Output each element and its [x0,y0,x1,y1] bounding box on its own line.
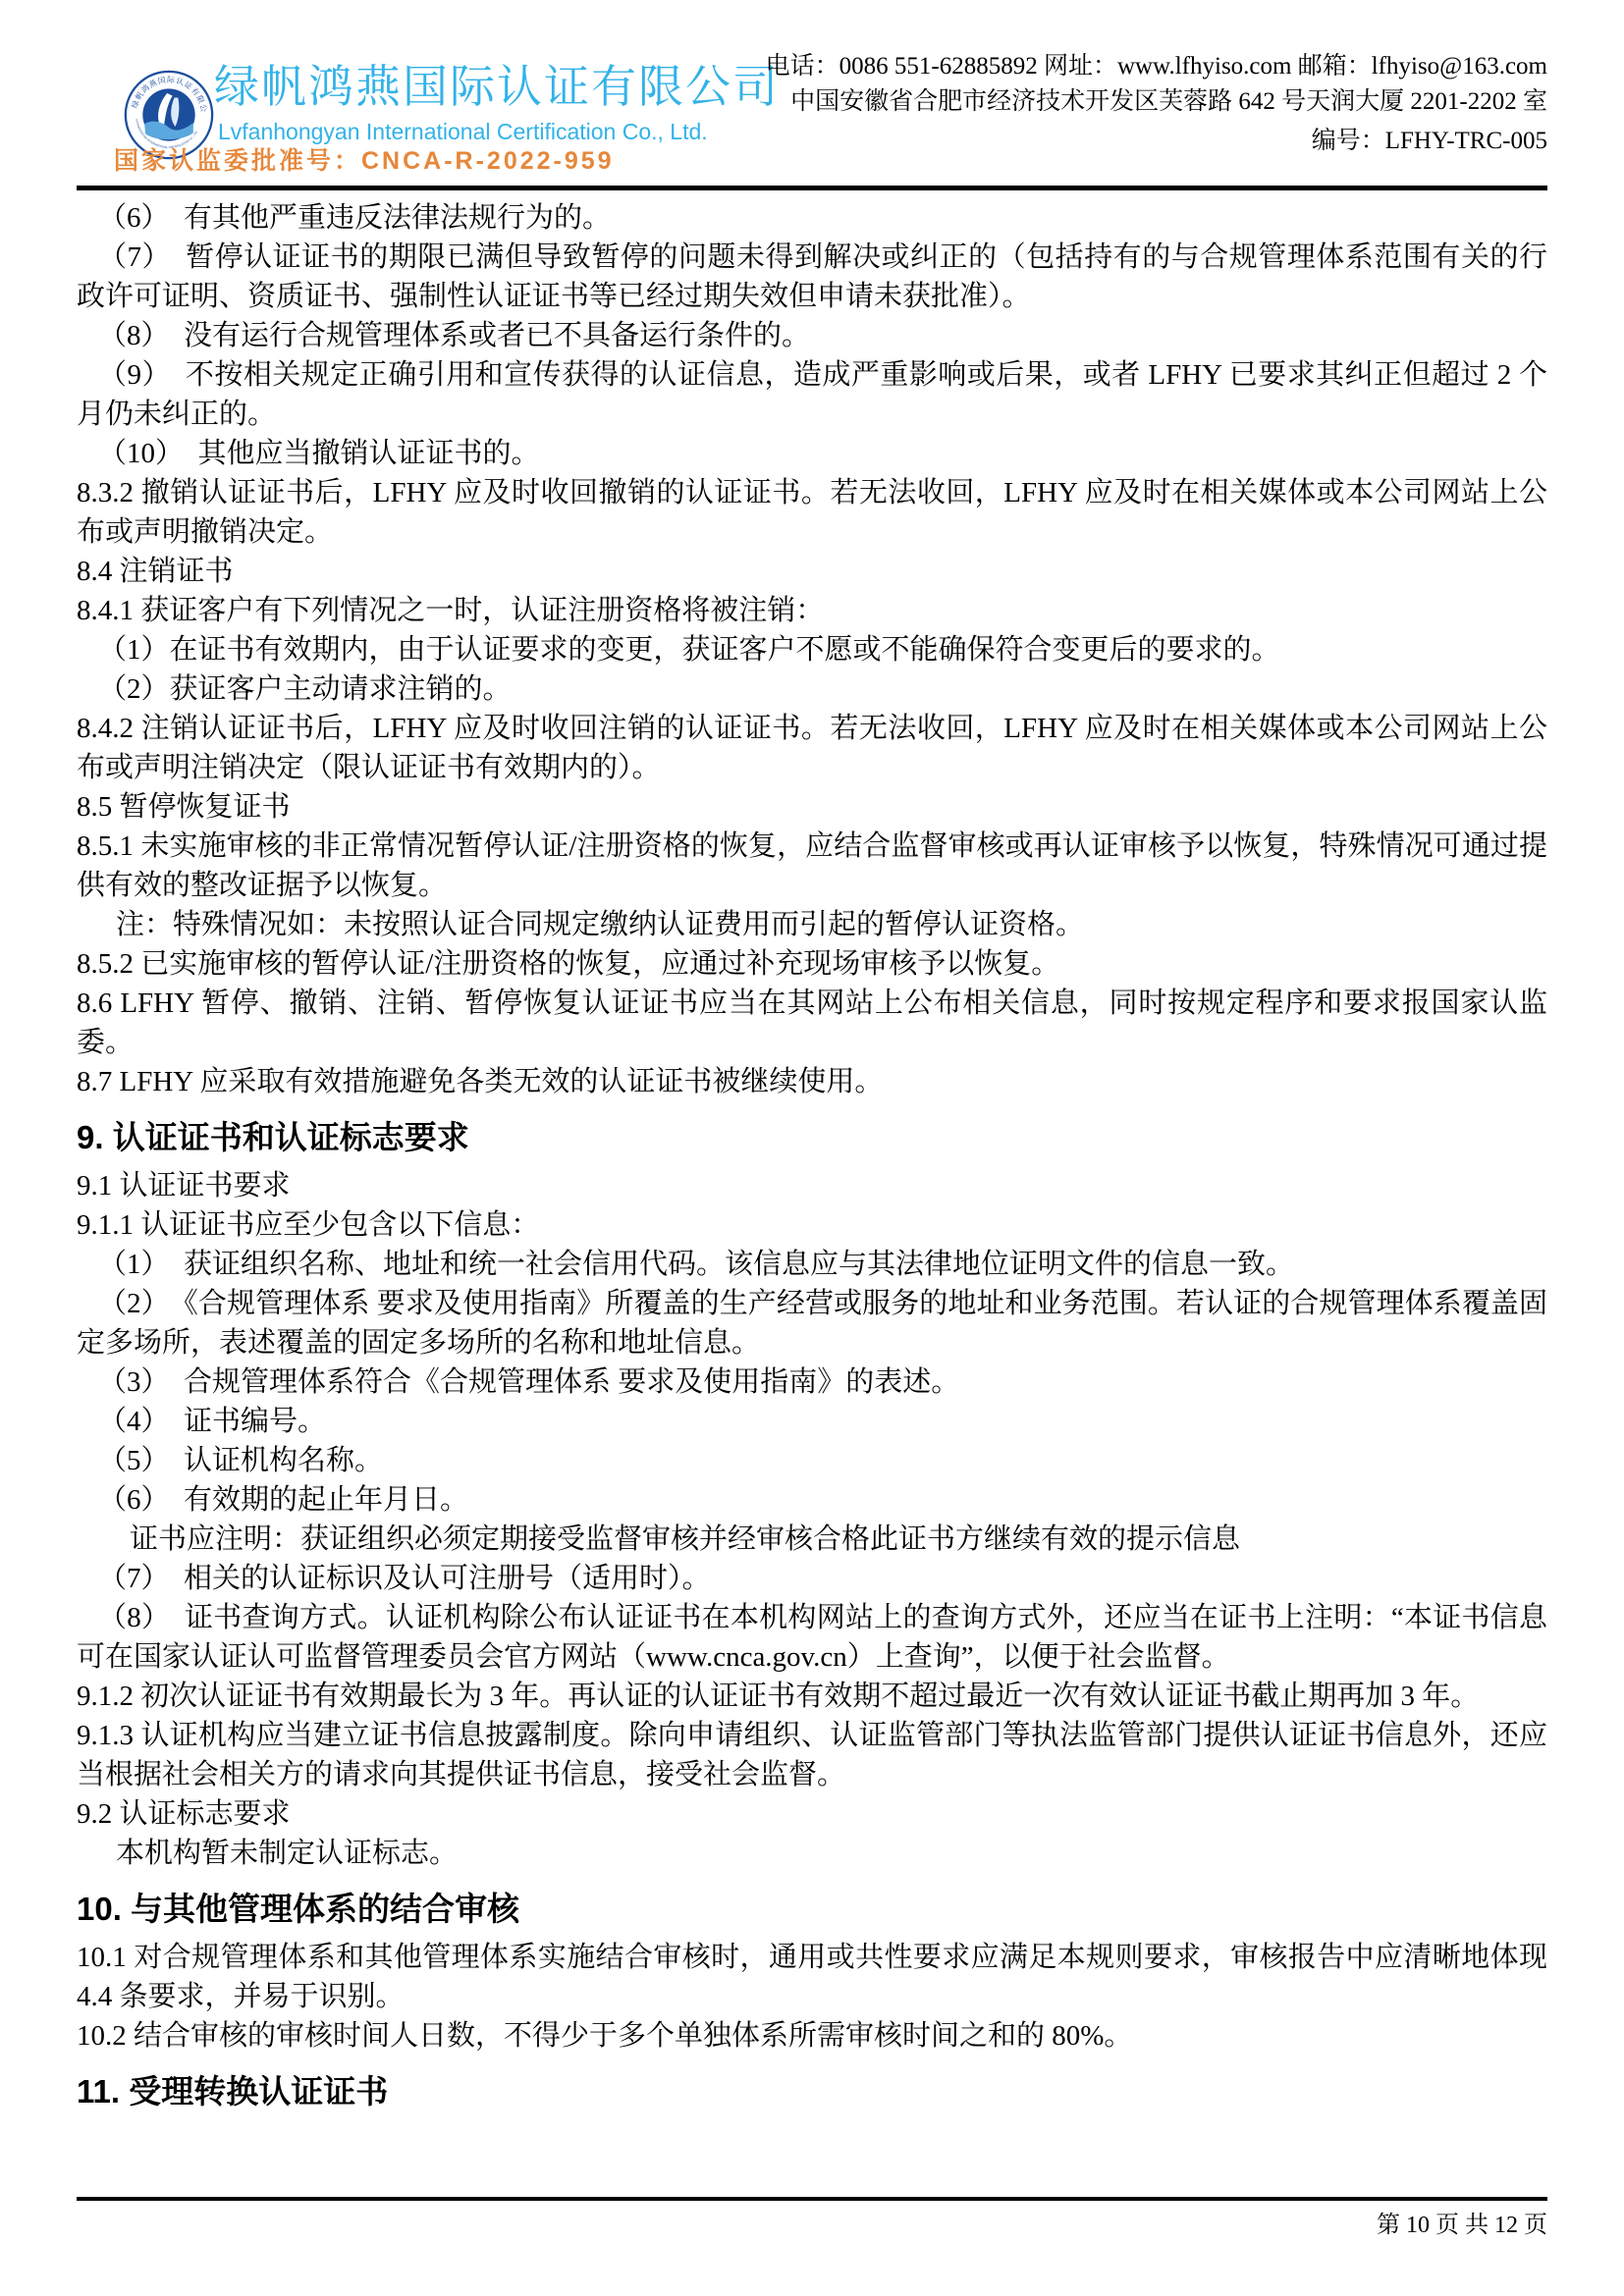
paragraph: 证书应注明：获证组织必须定期接受监督审核并经审核合格此证书方继续有效的提示信息 [77,1520,1547,1559]
paragraph: （7） 暂停认证证书的期限已满但导致暂停的问题未得到解决或纠正的（包括持有的与合… [77,238,1547,316]
paragraph: （1）在证书有效期内，由于认证要求的变更，获证客户不愿或不能确保符合变更后的要求… [77,630,1547,669]
company-name-en: Lvfanhongyan International Certification… [218,118,708,145]
paragraph: 8.5.2 已实施审核的暂停认证/注册资格的恢复，应通过补充现场审核予以恢复。 [77,944,1547,984]
paragraph: 8.4.1 获证客户有下列情况之一时，认证注册资格将被注销： [77,591,1547,630]
paragraph: （3） 合规管理体系符合《合规管理体系 要求及使用指南》的表述。 [77,1362,1547,1402]
company-name-cn: 绿帆鸿燕国际认证有限公司 [214,59,780,114]
document-number: 编号：LFHY-TRC-005 [766,124,1547,159]
paragraph: （9） 不按相关规定正确引用和宣传获得的认证信息，造成严重影响或后果，或者 LF… [77,355,1547,434]
paragraph: （6） 有效期的起止年月日。 [77,1480,1547,1520]
paragraph: 注：特殊情况如：未按照认证合同规定缴纳认证费用而引起的暂停认证资格。 [77,905,1547,944]
paragraph: 9.1.2 初次认证证书有效期最长为 3 年。再认证的认证证书有效期不超过最近一… [77,1677,1547,1716]
approval-number: 国家认监委批准号：CNCA-R-2022-959 [114,145,615,177]
section-heading: 11. 受理转换认证证书 [77,2069,1547,2114]
section-heading: 9. 认证证书和认证标志要求 [77,1115,1547,1160]
letterhead: 绿帆鸿燕国际认证有限公司 LVFANHONGYAN INTERNATIONAL … [77,0,1547,194]
paragraph: 8.4.2 注销认证证书后，LFHY 应及时收回注销的认证证书。若无法收回，LF… [77,709,1547,787]
paragraph: 本机构暂未制定认证标志。 [77,1834,1547,1873]
paragraph: 8.4 注销证书 [77,552,1547,591]
paragraph: 8.5 暂停恢复证书 [77,787,1547,827]
paragraph: （2）获证客户主动请求注销的。 [77,669,1547,709]
document-body: （6） 有其他严重违反法律法规行为的。（7） 暂停认证证书的期限已满但导致暂停的… [77,198,1547,2120]
header-divider [77,186,1547,190]
paragraph: （10） 其他应当撤销认证证书的。 [77,434,1547,473]
paragraph: 9.1.3 认证机构应当建立证书信息披露制度。除向申请组织、认证监管部门等执法监… [77,1716,1547,1794]
paragraph: 8.3.2 撤销认证证书后，LFHY 应及时收回撤销的认证证书。若无法收回，LF… [77,473,1547,552]
page-number: 第 10 页 共 12 页 [77,2201,1547,2242]
paragraph: 9.1.1 认证证书应至少包含以下信息： [77,1205,1547,1245]
paragraph: 10.1 对合规管理体系和其他管理体系实施结合审核时，通用或共性要求应满足本规则… [77,1938,1547,2016]
paragraph: （6） 有其他严重违反法律法规行为的。 [77,198,1547,238]
paragraph: （1） 获证组织名称、地址和统一社会信用代码。该信息应与其法律地位证明文件的信息… [77,1245,1547,1284]
paragraph: 8.6 LFHY 暂停、撤销、注销、暂停恢复认证证书应当在其网站上公布相关信息，… [77,984,1547,1062]
paragraph: （2） 《合规管理体系 要求及使用指南》所覆盖的生产经营或服务的地址和业务范围。… [77,1284,1547,1362]
paragraph: 9.2 认证标志要求 [77,1794,1547,1834]
contact-line-address: 中国安徽省合肥市经济技术开发区芙蓉路 642 号天润大厦 2201-2202 室 [766,84,1547,120]
document-page: 绿帆鸿燕国际认证有限公司 LVFANHONGYAN INTERNATIONAL … [0,0,1624,2296]
section-heading: 10. 与其他管理体系的结合审核 [77,1887,1547,1932]
paragraph: 8.5.1 未实施审核的非正常情况暂停认证/注册资格的恢复，应结合监督审核或再认… [77,827,1547,905]
paragraph: 10.2 结合审核的审核时间人日数，不得少于多个单独体系所需审核时间之和的 80… [77,2016,1547,2056]
paragraph: （5） 认证机构名称。 [77,1441,1547,1480]
paragraph: （8） 证书查询方式。认证机构除公布认证证书在本机构网站上的查询方式外，还应当在… [77,1598,1547,1677]
paragraph: 9.1 认证证书要求 [77,1166,1547,1205]
page-footer: 第 10 页 共 12 页 [77,2197,1547,2242]
paragraph: （4） 证书编号。 [77,1402,1547,1441]
paragraph: 8.7 LFHY 应采取有效措施避免各类无效的认证证书被继续使用。 [77,1062,1547,1101]
contact-line-phone-web-mail: 电话：0086 551-62885892 网址：www.lfhyiso.com … [766,49,1547,84]
paragraph: （7） 相关的认证标识及认可注册号（适用时）。 [77,1559,1547,1598]
paragraph: （8） 没有运行合规管理体系或者已不具备运行条件的。 [77,316,1547,355]
contact-block: 电话：0086 551-62885892 网址：www.lfhyiso.com … [766,49,1547,159]
